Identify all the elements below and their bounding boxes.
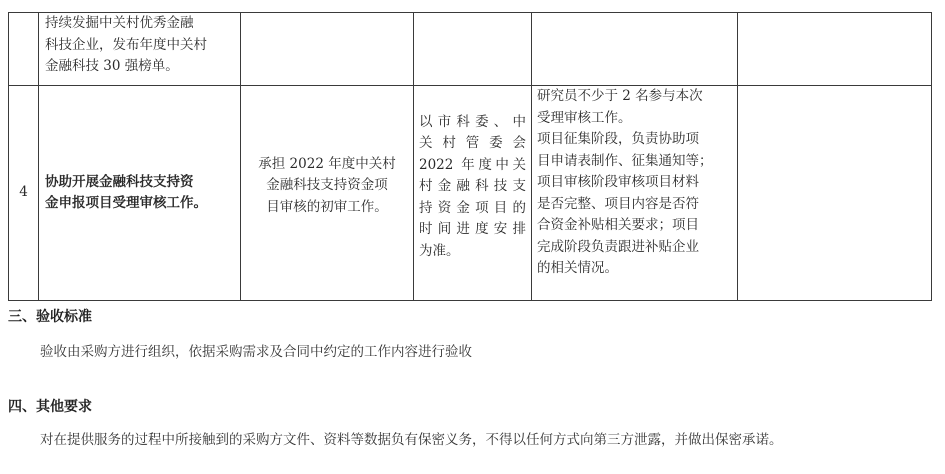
- table-row-4: 4 协助开展金融科技支持资 金申报项目受理审核工作。 承担 2022 年度中关村…: [9, 86, 932, 301]
- section-heading-acceptance: 三、验收标准: [8, 306, 92, 326]
- staffing-line: 是否完整、项目内容是否符: [537, 194, 732, 216]
- content-line: 金融科技支持资金项: [247, 175, 407, 197]
- content-line: 目审核的初审工作。: [247, 197, 407, 219]
- task-line: 持续发掘中关村优秀金融: [45, 13, 234, 35]
- work-table: 持续发掘中关村优秀金融 科技企业，发布年度中关村 金融科技 30 强榜单。 4 …: [8, 12, 932, 301]
- schedule-cell: [414, 13, 532, 86]
- table-row-continued: 持续发掘中关村优秀金融 科技企业，发布年度中关村 金融科技 30 强榜单。: [9, 13, 932, 86]
- staffing-line: 项目征集阶段，负责协助项: [537, 129, 732, 151]
- schedule-cell: 以市科委、中 关村管委会 2022 年度中关 村金融科技支 持资金项目的 时间进…: [414, 86, 532, 301]
- section-body-other-requirements: 对在提供服务的过程中所接触到的采购方文件、资料等数据负有保密义务，不得以任何方式…: [40, 428, 783, 448]
- schedule-line: 持资金项目的: [419, 198, 526, 220]
- schedule-line: 村金融科技支: [419, 176, 526, 198]
- schedule-line: 关村管委会: [419, 133, 526, 155]
- staffing-line: 合资金补贴相关要求；项目: [537, 215, 732, 237]
- staffing-cell: 研究员不少于 2 名参与本次 受理审核工作。 项目征集阶段，负责协助项 目申请表…: [532, 86, 738, 301]
- staffing-line: 研究员不少于 2 名参与本次: [537, 86, 732, 108]
- schedule-line: 为准。: [419, 241, 526, 263]
- staffing-line: 目申请表制作、征集通知等；: [537, 151, 732, 173]
- staffing-cell: [532, 13, 738, 86]
- staffing-line: 的相关情况。: [537, 258, 732, 280]
- remarks-cell: [738, 86, 932, 301]
- task-line: 科技企业，发布年度中关村: [45, 35, 234, 57]
- index-cell: 4: [9, 86, 39, 301]
- section-body-acceptance: 验收由采购方进行组织，依据采购需求及合同中约定的工作内容进行验收: [40, 340, 472, 360]
- section-heading-other-requirements: 四、其他要求: [8, 396, 92, 416]
- staffing-line: 完成阶段负责跟进补贴企业: [537, 237, 732, 259]
- index-cell: [9, 13, 39, 86]
- content-cell: [241, 13, 414, 86]
- staffing-line: 项目审核阶段审核项目材料: [537, 172, 732, 194]
- task-cell: 协助开展金融科技支持资 金申报项目受理审核工作。: [39, 86, 241, 301]
- task-line: 协助开展金融科技支持资: [45, 172, 234, 194]
- schedule-line: 以市科委、中: [419, 112, 526, 134]
- task-line: 金融科技 30 强榜单。: [45, 56, 234, 78]
- content-line: 承担 2022 年度中关村: [247, 154, 407, 176]
- task-cell: 持续发掘中关村优秀金融 科技企业，发布年度中关村 金融科技 30 强榜单。: [39, 13, 241, 86]
- schedule-line: 时间进度安排: [419, 219, 526, 241]
- schedule-line: 2022 年度中关: [419, 155, 526, 177]
- staffing-line: 受理审核工作。: [537, 108, 732, 130]
- task-line: 金申报项目受理审核工作。: [45, 193, 234, 215]
- remarks-cell: [738, 13, 932, 86]
- content-cell: 承担 2022 年度中关村 金融科技支持资金项 目审核的初审工作。: [241, 86, 414, 301]
